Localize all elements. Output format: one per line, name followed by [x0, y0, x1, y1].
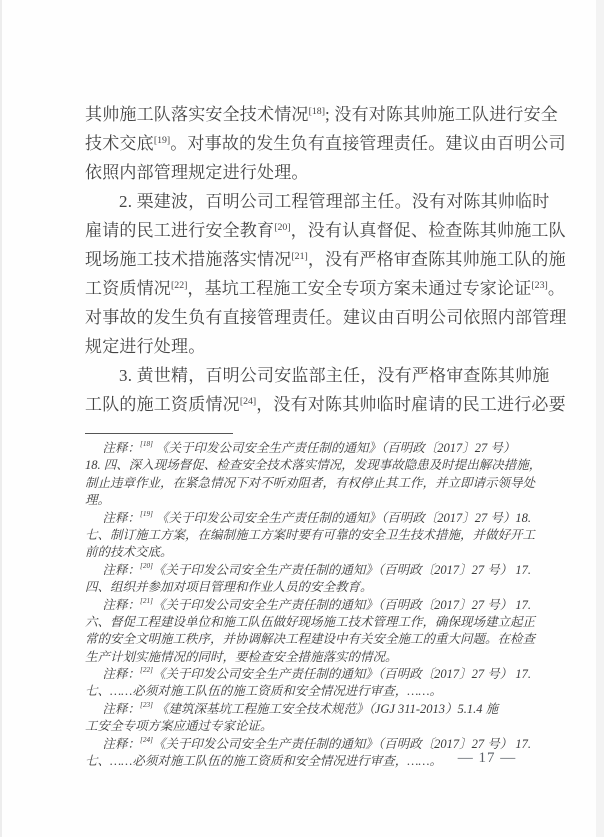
- footnote-ref: [22]: [171, 280, 187, 291]
- body-line: 依照内部管理规定进行处理。: [85, 158, 525, 187]
- footnote-ref: [22]: [140, 666, 153, 674]
- footnote-line: 工安全专项方案应通过专家论证。: [85, 718, 527, 735]
- scan-edge-right: [596, 0, 604, 837]
- footnote-line: 注释：[19] 《关于印发公司安全生产责任制的通知》（百明政〔2017〕27 号…: [85, 510, 527, 527]
- footnote-ref: [20]: [274, 222, 290, 233]
- footnote-line: 制止违章作业，在紧急情况下对不听劝阻者，有权停止其工作，并立即请示领导处: [85, 475, 527, 492]
- footnote-line: 生产计划实施情况的同时，要检查安全措施落实的情况。: [85, 649, 527, 666]
- footnote-line: 注释：[23] 《建筑深基坑工程施工安全技术规范》（JGJ 311-2013）5…: [85, 701, 527, 718]
- footnote-separator: [85, 433, 233, 434]
- footnote-line: 六、督促工程建设单位和施工队伍做好现场施工技术管理工作，确保现场建立起正: [85, 614, 527, 631]
- body-line: 雇请的民工进行安全教育[20]，没有认真督促、检查陈其帅施工队: [85, 216, 525, 245]
- footnote-ref: [23]: [531, 280, 547, 291]
- body-line: 规定进行处理。: [85, 332, 525, 361]
- body-line: 其帅施工队落实安全技术情况[18]; 没有对陈其帅施工队进行安全: [85, 100, 525, 129]
- footnote-line: 前的技术交底。: [85, 544, 527, 561]
- footnote-ref: [19]: [154, 135, 170, 146]
- body-line: 技术交底[19]。对事故的发生负有直接管理责任。建议由百明公司: [85, 129, 525, 158]
- footnote-line: 理。: [85, 492, 527, 509]
- footnote-ref: [24]: [140, 736, 153, 744]
- body-line: 工资质情况[22]，基坑工程施工安全专项方案未通过专家论证[23]。: [85, 274, 525, 303]
- footnotes: 注释：[18] 《关于印发公司安全生产责任制的通知》（百明政〔2017〕27 号…: [85, 440, 527, 770]
- scan-edge-left: [0, 0, 2, 837]
- footnote-ref: [24]: [240, 396, 256, 407]
- body-text: 其帅施工队落实安全技术情况[18]; 没有对陈其帅施工队进行安全技术交底[19]…: [85, 100, 525, 419]
- footnote-line: 注释：[22]《关于印发公司安全生产责任制的通知》（百明政〔2017〕27 号）…: [85, 666, 527, 683]
- footnote-ref: [18]: [309, 106, 325, 117]
- footnote-line: 常的安全文明施工秩序，并协调解决工程建设中有关安全施工的重大问题。在检查: [85, 631, 527, 648]
- footnote-ref: [21]: [140, 597, 153, 605]
- footnote-line: 注释：[20]《关于印发公司安全生产责任制的通知》（百明政〔2017〕27 号）…: [85, 562, 527, 579]
- body-line: 工队的施工资质情况[24]，没有对陈其帅临时雇请的民工进行必要: [85, 390, 525, 419]
- document-page: 其帅施工队落实安全技术情况[18]; 没有对陈其帅施工队进行安全技术交底[19]…: [0, 0, 604, 837]
- body-line: 现场施工技术措施落实情况[21]，没有严格审查陈其帅施工队的施: [85, 245, 525, 274]
- footnote-line: 四、组织并参加对项目管理和作业人员的安全教育。: [85, 579, 527, 596]
- body-line: 2. 栗建波，百明公司工程管理部主任。没有对陈其帅临时: [85, 187, 525, 216]
- footnote-ref: [20]: [140, 562, 153, 570]
- footnote-line: 18. 四、深入现场督促、检查安全技术落实情况，发现事故隐患及时提出解决措施，: [85, 457, 527, 474]
- footnote-ref: [23]: [140, 701, 153, 709]
- page-number: — 17 —: [452, 750, 522, 767]
- footnote-line: 注释：[18] 《关于印发公司安全生产责任制的通知》（百明政〔2017〕27 号…: [85, 440, 527, 457]
- footnote-ref: [18]: [140, 440, 153, 448]
- body-line: 3. 黄世精，百明公司安监部主任，没有严格审查陈其帅施: [85, 361, 525, 390]
- body-line: 对事故的发生负有直接管理责任。建议由百明公司依照内部管理: [85, 303, 525, 332]
- footnote-line: 七、……必须对施工队伍的施工资质和安全情况进行审查，……。: [85, 683, 527, 700]
- footnote-ref: [19]: [140, 510, 153, 518]
- footnote-line: 注释：[21]《关于印发公司安全生产责任制的通知》（百明政〔2017〕27 号）…: [85, 597, 527, 614]
- footnote-line: 七、制订施工方案，在编制施工方案时要有可靠的安全卫生技术措施，并做好开工: [85, 527, 527, 544]
- footnote-ref: [21]: [291, 251, 307, 262]
